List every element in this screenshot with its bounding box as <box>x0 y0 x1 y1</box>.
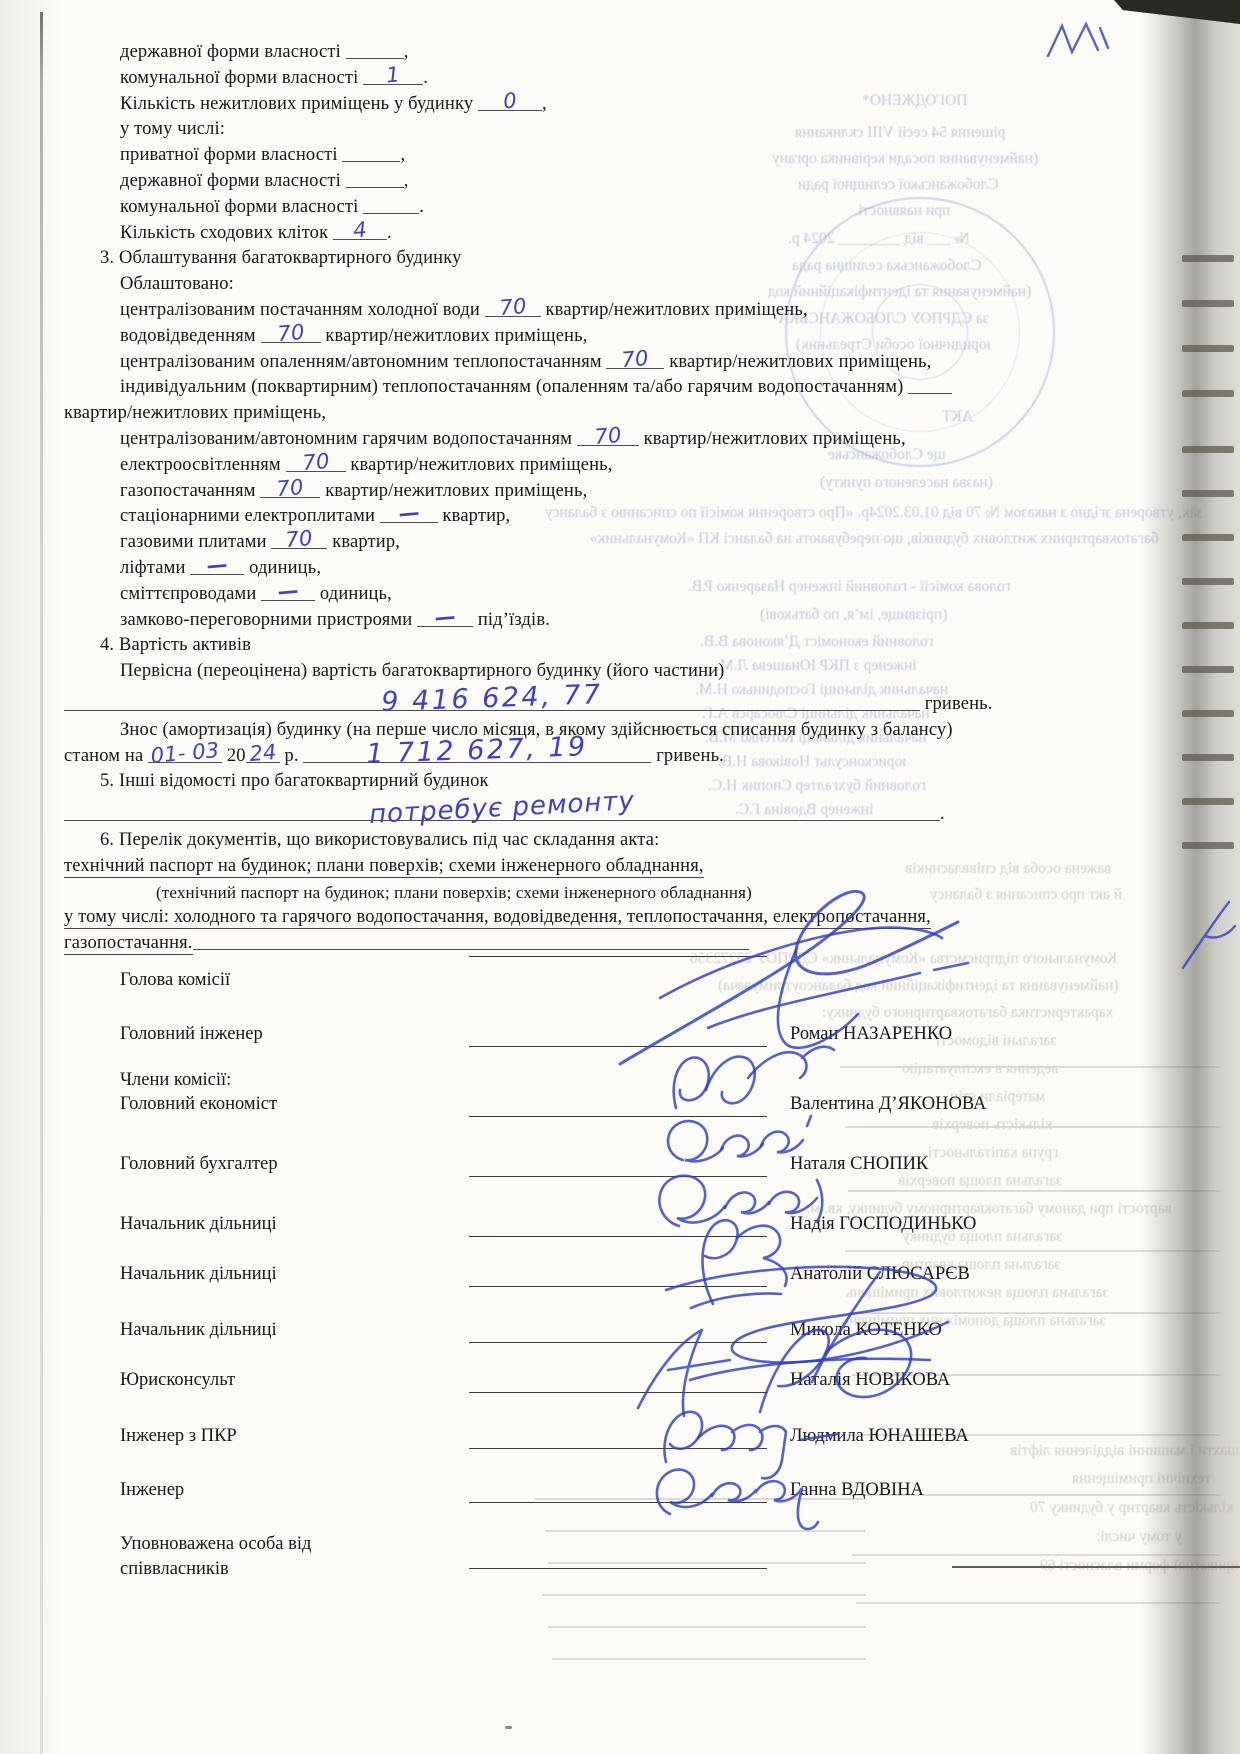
signer-role-label: Головний бухгалтер <box>120 1152 430 1177</box>
blank-field: 70 <box>271 533 327 549</box>
printed-text: Первісна (переоцінена) вартість багатокв… <box>120 661 724 681</box>
doc-line: у тому числі: <box>120 117 1074 143</box>
blank-field <box>908 378 952 394</box>
doc-line: електроосвітленням 70 квартир/нежитлових… <box>120 453 1074 479</box>
printed-text: електроосвітленням <box>120 455 286 475</box>
printed-text: 20 <box>222 746 246 766</box>
doc-line: Облаштовано: <box>120 272 1074 298</box>
printed-text: квартир, <box>327 532 400 552</box>
handwritten-value: 70 <box>621 345 650 371</box>
signer-role-label: Головний інженер <box>120 1022 430 1047</box>
printed-text: замково-переговорними пристроями <box>120 610 417 630</box>
printed-text: квартир, <box>438 506 511 526</box>
printed-text: квартир/нежитлових приміщень, <box>321 326 588 346</box>
doc-line: приватної форми власності , <box>120 143 1074 169</box>
edge-text-stub <box>1182 390 1234 397</box>
edge-text-stub <box>1182 255 1234 262</box>
signer-role-label: Уповноважена особа від співвласників <box>120 1532 430 1582</box>
document-body: державної форми власності ,комунальної ф… <box>64 40 1074 957</box>
scanned-document-page: державної форми власності ,комунальної ф… <box>0 0 1240 1754</box>
blank-field: потребує ремонту <box>64 805 940 821</box>
signer-role-label: Начальник дільниці <box>120 1262 430 1287</box>
blank-field: 70 <box>577 430 639 446</box>
page-curl-band <box>1142 0 1240 1754</box>
printed-text: індивідуальним (поквартирним) теплопоста… <box>120 377 908 397</box>
blank-field: 1 712 627, 19 <box>303 747 651 763</box>
handwritten-value: 0 <box>502 88 518 113</box>
doc-line: комунальної форми власності 1. <box>120 66 1074 92</box>
blank-field: — <box>190 559 244 575</box>
printed-text: . <box>423 68 428 88</box>
doc-line: газовими плитами 70 квартир, <box>120 530 1074 556</box>
printed-text: 4. Вартість активів <box>100 635 251 655</box>
edge-text-stub <box>1182 300 1234 307</box>
printed-text: 6. Перелік документів, що використовувал… <box>100 830 659 850</box>
doc-line: 6. Перелік документів, що використовувал… <box>100 828 1074 854</box>
printed-text: стаціонарними електроплитами <box>120 506 380 526</box>
printed-text: квартир/нежитлових приміщень, <box>541 300 808 320</box>
signer-role-label: Юрисконсульт <box>120 1368 430 1393</box>
printed-text: технічний паспорт на будинок; плани пове… <box>64 856 704 878</box>
handwritten-value: 70 <box>498 294 527 320</box>
printed-text: газопостачання. <box>64 933 193 955</box>
printed-text: Кількість сходових кліток <box>120 223 333 243</box>
ghost-line <box>548 1562 866 1564</box>
printed-text: централізованим/автономним гарячим водоп… <box>120 429 577 449</box>
handwritten-value: — <box>206 552 229 578</box>
handwritten-value: 70 <box>593 423 622 449</box>
printed-text: комунальної форми власності <box>120 197 363 217</box>
printed-text: одиниць, <box>244 558 321 578</box>
handwritten-value: 24 <box>248 739 277 765</box>
printed-text: станом на <box>64 746 148 766</box>
printed-text: . <box>419 197 424 217</box>
handwritten-value: — <box>397 500 420 526</box>
blank-field: 1 <box>363 69 423 85</box>
printed-text: ліфтами <box>120 558 190 578</box>
edge-text-stub <box>1182 842 1234 849</box>
blank-field: 70 <box>260 482 320 498</box>
doc-line: квартир/нежитлових приміщень, <box>64 401 1074 427</box>
blank-field: 9 416 624, 77 <box>64 695 920 711</box>
doc-line: державної форми власності , <box>120 169 1074 195</box>
printed-text: , <box>542 94 547 114</box>
printed-text: водовідведенням <box>120 326 261 346</box>
edge-text-stub <box>1182 710 1234 717</box>
handwritten-value: 70 <box>276 320 305 346</box>
printed-text: централізованим опаленням/автономним теп… <box>120 352 606 372</box>
pen-mark-top-right <box>1042 16 1112 66</box>
printed-text: гривень. <box>651 746 724 766</box>
bleed-through-text: група капітальності <box>928 1144 1058 1162</box>
printed-text: . <box>387 223 392 243</box>
edge-text-stub <box>1182 666 1234 673</box>
handwritten-value: 1 <box>385 62 401 87</box>
printed-text: Облаштовано: <box>120 274 234 294</box>
doc-line: державної форми власності , <box>120 40 1074 66</box>
printed-text: газовими плитами <box>120 532 271 552</box>
doc-line: Кількість нежитлових приміщень у будинку… <box>120 92 1074 118</box>
blank-field: 70 <box>286 456 346 472</box>
printed-text: , <box>400 145 405 165</box>
signer-role-label: Начальник дільниці <box>120 1318 430 1343</box>
signature-vdovina <box>640 1448 840 1538</box>
printed-text: р. <box>280 746 304 766</box>
signer-role-label: Голова комісії <box>120 968 430 993</box>
printed-text: гривень. <box>920 694 993 714</box>
printed-text: приватної форми власності <box>120 145 342 165</box>
handwritten-value: 70 <box>276 474 305 500</box>
printed-text: Кількість нежитлових приміщень у будинку <box>120 94 478 114</box>
printed-text: державної форми власності <box>120 42 346 62</box>
edge-text-stub <box>1182 534 1234 541</box>
bottom-right-line <box>952 1566 1240 1568</box>
handwritten-value: — <box>277 578 300 604</box>
blank-field: — <box>380 507 438 523</box>
printed-text: під’їздів. <box>473 610 550 630</box>
signer-role-label: Інженер <box>120 1478 430 1503</box>
doc-line: індивідуальним (поквартирним) теплопоста… <box>120 375 1074 401</box>
blank-field <box>363 198 419 214</box>
printed-text: централізованим постачанням холодної вод… <box>120 300 485 320</box>
printed-text: газопостачанням <box>120 481 260 501</box>
blank-field: 70 <box>261 327 321 343</box>
blank-field: 01- 03 <box>148 747 222 763</box>
doc-line: потребує ремонту. <box>64 802 1074 828</box>
doc-line: технічний паспорт на будинок; плани пове… <box>64 854 1074 880</box>
handwritten-value: — <box>433 604 456 630</box>
blank-field <box>346 172 404 188</box>
blank-field: 24 <box>246 747 280 763</box>
doc-line: централізованим/автономним гарячим водоп… <box>120 427 1074 453</box>
printed-text: , <box>404 42 409 62</box>
handwritten-value: 9 416 624, 77 <box>381 679 603 718</box>
edge-text-stub <box>1182 446 1234 453</box>
doc-line: Кількість сходових кліток 4. <box>120 221 1074 247</box>
paper-speck <box>505 1726 512 1729</box>
handwritten-value: 70 <box>285 526 314 552</box>
blank-field <box>346 43 404 59</box>
doc-line: 9 416 624, 77 гривень. <box>64 692 1074 718</box>
signer-role-label: Начальник дільниці <box>120 1212 430 1237</box>
edge-text-stub <box>1182 578 1234 585</box>
ghost-line <box>542 1594 866 1596</box>
edge-text-stub <box>1182 754 1234 761</box>
doc-line: комунальної форми власності . <box>120 195 1074 221</box>
doc-line: централізованим постачанням холодної вод… <box>120 298 1074 324</box>
edge-text-stub <box>1182 345 1234 352</box>
blank-field <box>342 146 400 162</box>
signer-role-label: Інженер з ПКР <box>120 1424 430 1449</box>
printed-text: 3. Облаштування багатоквартирного будинк… <box>100 248 461 268</box>
doc-line: ліфтами — одиниць, <box>120 556 1074 582</box>
doc-line: Знос (амортизація) будинку (на перше чис… <box>120 718 1074 744</box>
handwritten-value: 01- 03 <box>150 738 220 768</box>
printed-text: комунальної форми власності <box>120 68 363 88</box>
doc-line: сміттєпроводами — одиниць, <box>120 582 1074 608</box>
printed-text: одиниць, <box>315 584 392 604</box>
blank-field: — <box>261 585 315 601</box>
bleed-through-text: кількість поверхів <box>932 1116 1052 1134</box>
doc-line: централізованим опаленням/автономним теп… <box>120 350 1074 376</box>
handwritten-value: 4 <box>352 217 368 242</box>
printed-text: квартир/нежитлових приміщень, <box>639 429 906 449</box>
printed-text: у тому числі: <box>120 119 225 139</box>
signer-role-label: Члени комісії: <box>120 1068 430 1093</box>
edge-text-stub <box>1182 798 1234 805</box>
ghost-line <box>548 1626 866 1628</box>
doc-line: замково-переговорними пристроями — під’ї… <box>120 608 1074 634</box>
blank-field: 70 <box>485 301 541 317</box>
edge-text-stub <box>1182 490 1234 497</box>
doc-line: станом на 01- 03 2024 р. 1 712 627, 19 г… <box>64 744 1074 770</box>
blank-field: 0 <box>478 95 542 111</box>
page-left-edge-shadow <box>40 12 43 1754</box>
printed-text: , <box>404 171 409 191</box>
signature-line <box>469 1568 767 1569</box>
printed-text: державної форми власності <box>120 171 346 191</box>
printed-text: квартир/нежитлових приміщень, <box>64 403 326 423</box>
printed-text: сміттєпроводами <box>120 584 261 604</box>
ghost-line <box>552 1658 866 1660</box>
doc-line: водовідведенням 70 квартир/нежитлових пр… <box>120 324 1074 350</box>
signer-role-label: Головний економіст <box>120 1092 430 1117</box>
edge-text-stub <box>1182 622 1234 629</box>
blank-field: 4 <box>333 224 387 240</box>
doc-line: газопостачанням 70 квартир/нежитлових пр… <box>120 479 1074 505</box>
printed-text: квартир/нежитлових приміщень, <box>664 352 931 372</box>
printed-text: . <box>940 804 945 824</box>
pen-mark-right-edge <box>1175 896 1240 976</box>
blank-field: 70 <box>606 353 664 369</box>
printed-text: квартир/нежитлових приміщень, <box>346 455 613 475</box>
handwritten-value: 70 <box>301 449 330 475</box>
doc-line: 4. Вартість активів <box>100 633 1074 659</box>
blank-field: — <box>417 611 473 627</box>
printed-text: квартир/нежитлових приміщень, <box>320 481 587 501</box>
doc-line: 3. Облаштування багатоквартирного будинк… <box>100 246 1074 272</box>
doc-line: стаціонарними електроплитами — квартир, <box>120 504 1074 530</box>
printed-text: 5. Інші відомості про багатоквартирний б… <box>100 771 489 791</box>
